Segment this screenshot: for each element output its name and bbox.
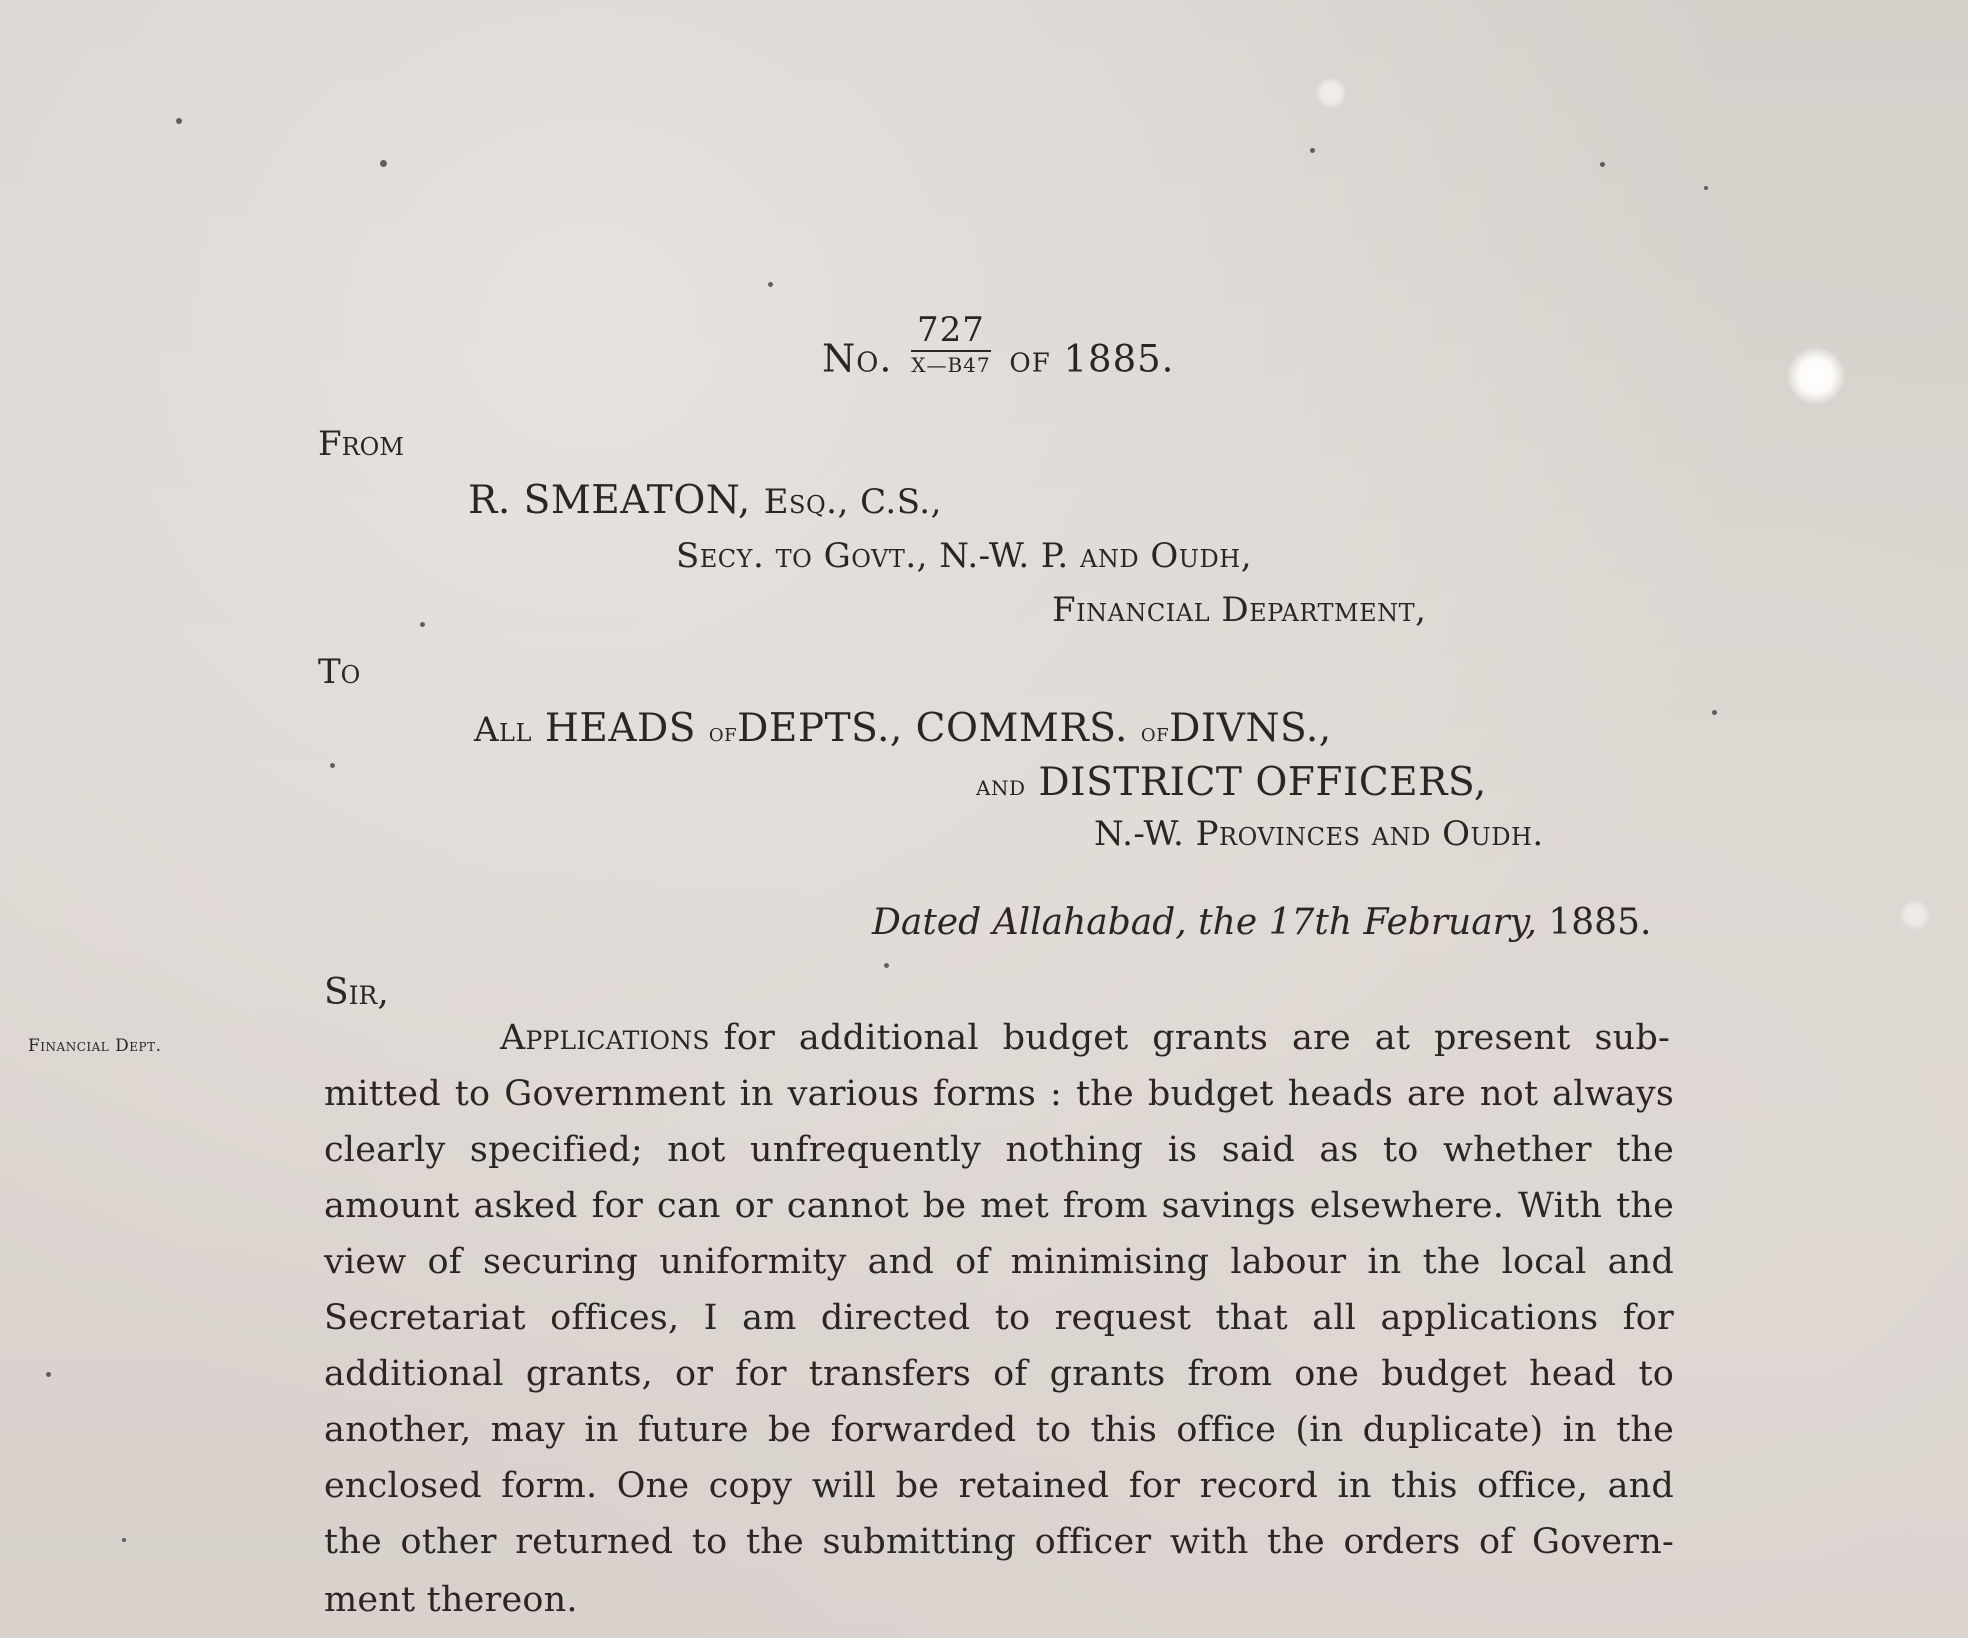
body-line-3-text: clearly specified; not unfrequently noth… (324, 1130, 1674, 1170)
paper-speck (122, 1538, 126, 1542)
salutation: Sir, (324, 972, 389, 1013)
paper-speck (176, 118, 182, 124)
body-line-10-text: the other returned to the submitting off… (324, 1522, 1674, 1562)
paper-speck (1310, 148, 1315, 153)
recipients-line-2: and DISTRICT OFFICERS, (976, 760, 1487, 805)
body-line-1: Applications for additional budget grant… (500, 1018, 1670, 1058)
body-line-11: ment thereon. (324, 1580, 578, 1620)
body-line-3: clearly specified; not unfrequently noth… (324, 1130, 1674, 1170)
paper-speck (1704, 186, 1708, 190)
body-line-8-text: another, may in future be forwarded to t… (324, 1410, 1674, 1450)
body-line-6-text: Secretariat offices, I am directed to re… (324, 1298, 1674, 1338)
body-line-9: enclosed form. One copy will be retained… (324, 1466, 1674, 1506)
body-line-7: additional grants, or for transfers of g… (324, 1354, 1674, 1394)
number-prefix: No. (822, 337, 892, 381)
body-line-8: another, may in future be forwarded to t… (324, 1410, 1674, 1450)
body-line-6: Secretariat offices, I am directed to re… (324, 1298, 1674, 1338)
recipients-depts: DEPTS., COMMRS. (737, 706, 1128, 751)
recipients-line-3: N.-W. Provinces and Oudh. (1094, 814, 1544, 854)
recipients-heads: HEADS (545, 706, 696, 751)
recipients-all: All (474, 710, 532, 750)
recipients-of-2: of (1141, 718, 1169, 748)
recipients-district-officers: DISTRICT OFFICERS, (1038, 760, 1486, 805)
number-denominator: X—B47 (911, 352, 990, 378)
from-label: From (318, 424, 404, 464)
document-date: Dated Allahabad, the 17th February, 1885… (872, 902, 1651, 943)
number-fraction: 727 X—B47 (911, 310, 990, 378)
body-line-5-text: view of securing uniformity and of minim… (324, 1242, 1674, 1282)
paper-speck (1600, 162, 1605, 167)
light-glare (1900, 900, 1930, 930)
sender-department: Financial Department, (1052, 590, 1426, 630)
body-line-10: the other returned to the submitting off… (324, 1522, 1674, 1562)
paper-speck (768, 282, 773, 287)
body-line-7-text: additional grants, or for transfers of g… (324, 1354, 1674, 1394)
number-suffix: of 1885. (1009, 338, 1174, 381)
sender-name-text: R. SMEATON, (468, 478, 751, 523)
paper-speck (380, 160, 387, 167)
paper-speck (420, 622, 425, 627)
date-text: Dated Allahabad, the 17th February, (872, 902, 1537, 943)
recipients-divns: DIVNS., (1169, 706, 1332, 751)
body-line-9-text: enclosed form. One copy will be retained… (324, 1466, 1674, 1506)
to-label: To (318, 652, 360, 692)
body-line-2-text: mitted to Government in various forms : … (324, 1074, 1674, 1114)
recipients-and: and (976, 769, 1025, 802)
number-numerator: 727 (911, 310, 990, 352)
body-line-2: mitted to Government in various forms : … (324, 1074, 1674, 1114)
sender-honorific: Esq., C.S., (764, 482, 942, 522)
paper-speck (1712, 710, 1717, 715)
paper-speck (330, 763, 335, 768)
sender-name: R. SMEATON, Esq., C.S., (468, 478, 942, 523)
date-year: 1885. (1548, 902, 1651, 943)
paper-speck (884, 963, 889, 968)
recipients-of-1: of (709, 718, 737, 748)
margin-note: Financial Dept. (28, 1036, 162, 1056)
body-line-4-text: amount asked for can or cannot be met fr… (324, 1186, 1674, 1226)
sender-title: Secy. to Govt., N.-W. P. and Oudh, (676, 536, 1252, 576)
document-number: No. 727 X—B47 of 1885. (822, 328, 1174, 396)
light-glare (1316, 78, 1346, 108)
body-first-word: Applications (500, 1018, 710, 1058)
body-line-5: view of securing uniformity and of minim… (324, 1242, 1674, 1282)
recipients-line-1: All HEADS ofDEPTS., COMMRS. ofDIVNS., (474, 706, 1332, 751)
light-glare (1788, 348, 1844, 404)
body-line-1-text: for additional budget grants are at pres… (724, 1018, 1670, 1058)
paper-speck (46, 1372, 51, 1377)
body-line-4: amount asked for can or cannot be met fr… (324, 1186, 1674, 1226)
